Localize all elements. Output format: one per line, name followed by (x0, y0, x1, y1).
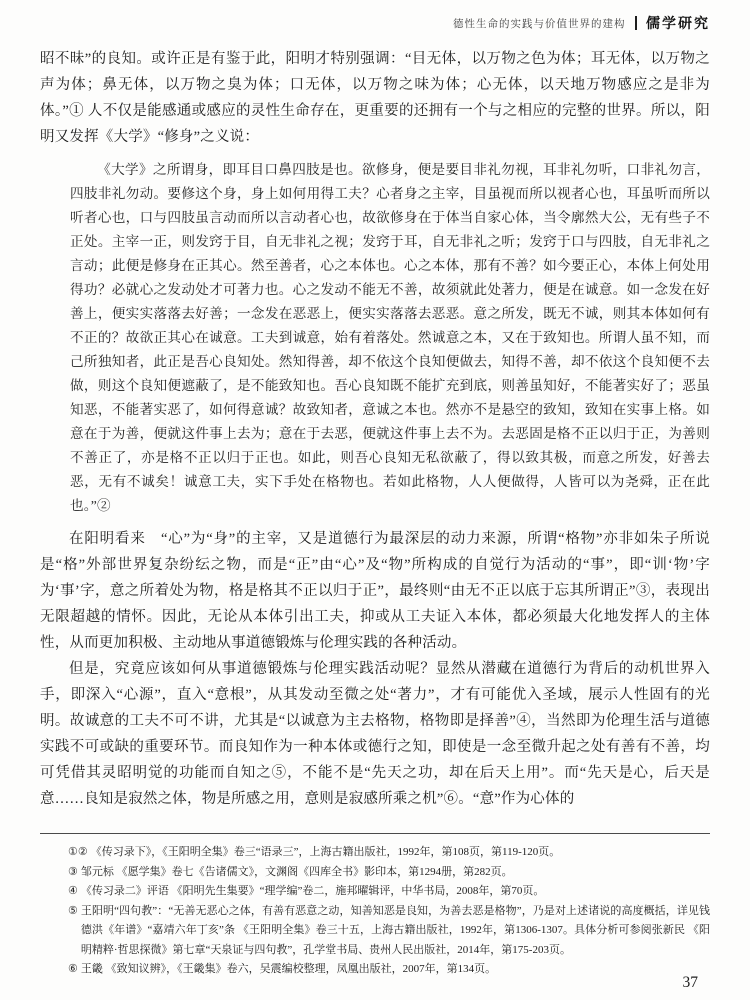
page-number: 37 (683, 974, 699, 992)
footnote-marker: ⑥ (68, 960, 78, 980)
footnotes-section: ①② 《传习录下》，《王阳明全集》卷三“语录三”，上海古籍出版社，1992年，第… (40, 833, 710, 980)
paragraph-3: 但是，究竟应该如何从事道德锻炼与伦理实践活动呢？显然从潜藏在道德行为背后的动机世… (40, 656, 710, 812)
footnote-marker: ⑤ (68, 902, 78, 961)
footnote-text: 邹元标 《愿学集》卷七《告诸儒文》，文渊阁《四库全书》影印本，第1294册，第2… (81, 863, 710, 883)
footnote-text: 《传习录二》评语 《阳明先生集要》“理学编”卷二，施邦曜辑评，中华书局，2008… (81, 882, 710, 902)
footnote-4: ⑤ 王阳明“四句教”：“无善无恶心之体，有善有恶意之动，知善知恶是良知，为善去恶… (40, 902, 710, 961)
page-header: 德性生命的实践与价值世界的建构 儒学研究 (40, 12, 710, 34)
paragraph-1: 昭不昧”的良知。或许正是有鉴于此，阳明才特别强调：“目无体，以万物之色为体；耳无… (40, 46, 710, 150)
header-divider (635, 16, 638, 30)
footnote-text: 王阳明“四句教”：“无善无恶心之体，有善有恶意之动，知善知恶是良知，为善去恶是格… (81, 902, 710, 961)
footnote-1: ①② 《传习录下》，《王阳明全集》卷三“语录三”，上海古籍出版社，1992年，第… (40, 843, 710, 863)
running-title: 德性生命的实践与价值世界的建构 (453, 16, 626, 31)
footnote-3: ④ 《传习录二》评语 《阳明先生集要》“理学编”卷二，施邦曜辑评，中华书局，20… (40, 882, 710, 902)
footnote-marker: ①② (68, 843, 88, 863)
journal-name: 儒学研究 (646, 13, 710, 33)
paragraph-2: 在阳明看来 “心”为“身”的主宰，又是道德行为最深层的动力来源，所谓“格物”亦非… (40, 526, 710, 656)
footnote-2: ③ 邹元标 《愿学集》卷七《告诸儒文》，文渊阁《四库全书》影印本，第1294册，… (40, 863, 710, 883)
footnote-marker: ③ (68, 863, 78, 883)
footnote-text: 《传习录下》，《王阳明全集》卷三“语录三”，上海古籍出版社，1992年，第108… (91, 843, 710, 863)
block-quote: 《大学》之所谓身，即耳目口鼻四肢是也。欲修身，便是要目非礼勿视，耳非礼勿听，口非… (70, 158, 710, 518)
article-body: 昭不昧”的良知。或许正是有鉴于此，阳明才特别强调：“目无体，以万物之色为体；耳无… (40, 46, 710, 812)
footnote-marker: ④ (68, 882, 78, 902)
footnote-5: ⑥ 王畿 《致知议辨》，《王畿集》卷六，吴震编校整理，凤凰出版社，2007年，第… (40, 960, 710, 980)
footnote-text: 王畿 《致知议辨》，《王畿集》卷六，吴震编校整理，凤凰出版社，2007年，第13… (81, 960, 710, 980)
document-page: 德性生命的实践与价值世界的建构 儒学研究 昭不昧”的良知。或许正是有鉴于此，阳明… (0, 0, 750, 1000)
